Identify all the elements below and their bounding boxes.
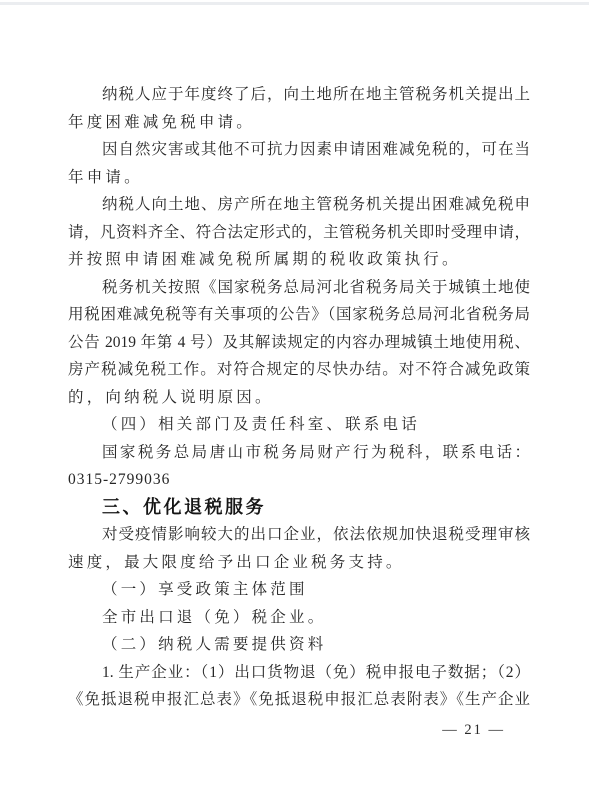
paragraph-line: 税务机关按照《国家税务总局河北省税务局关于城镇土地使 — [68, 274, 530, 302]
paragraph-line: 全市出口退（免）税企业。 — [68, 604, 530, 632]
scan-artifact-top-edge — [0, 2, 589, 5]
paragraph-line: 年度困难减免税申请。 — [68, 109, 530, 137]
section-heading: 三、优化退税服务 — [68, 494, 530, 522]
document-body: 纳税人应于年度终了后，向土地所在地主管税务机关提出上 年度困难减免税申请。 因自… — [68, 81, 530, 714]
paragraph-line: 对受疫情影响较大的出口企业，依法依规加快退税受理审核 — [68, 521, 530, 549]
paragraph-line: 《免抵退税申报汇总表》《免抵退税申报汇总表附表》《生产企业 — [68, 686, 530, 714]
paragraph-line: 并按照申请困难减免税所属期的税收政策执行。 — [68, 246, 530, 274]
subsection-heading-line: （四）相关部门及责任科室、联系电话 — [68, 411, 530, 439]
paragraph-line: 用税困难减免税等有关事项的公告》（国家税务总局河北省税务局 — [68, 301, 530, 329]
paragraph-line: 房产税减免税工作。对符合规定的尽快办结。对不符合减免政策 — [68, 356, 530, 384]
paragraph-line: 纳税人应于年度终了后，向土地所在地主管税务机关提出上 — [68, 81, 530, 109]
paragraph-line: 1. 生产企业：（1）出口货物退（免）税申报电子数据；（2） — [68, 659, 530, 687]
paragraph-line: 国家税务总局唐山市税务局财产行为税科，联系电话： — [68, 439, 530, 467]
phone-number-line: 0315-2799036 — [68, 466, 530, 494]
paragraph-line: 年申请。 — [68, 164, 530, 192]
paragraph-line: 的，向纳税人说明原因。 — [68, 384, 530, 412]
document-page: 纳税人应于年度终了后，向土地所在地主管税务机关提出上 年度困难减免税申请。 因自… — [0, 0, 589, 812]
paragraph-line: 公告 2019 年第 4 号）及其解读规定的内容办理城镇土地使用税、 — [68, 329, 530, 357]
paragraph-line: 请，凡资料齐全、符合法定形式的，主管税务机关即时受理申请， — [68, 219, 530, 247]
page-number: — 21 — — [442, 720, 505, 740]
subsection-heading-line: （二）纳税人需要提供资料 — [68, 631, 530, 659]
paragraph-line: 因自然灾害或其他不可抗力因素申请困难减免税的，可在当 — [68, 136, 530, 164]
paragraph-line: 纳税人向土地、房产所在地主管税务机关提出困难减免税申 — [68, 191, 530, 219]
subsection-heading-line: （一）享受政策主体范围 — [68, 576, 530, 604]
paragraph-line: 速度，最大限度给予出口企业税务支持。 — [68, 549, 530, 577]
